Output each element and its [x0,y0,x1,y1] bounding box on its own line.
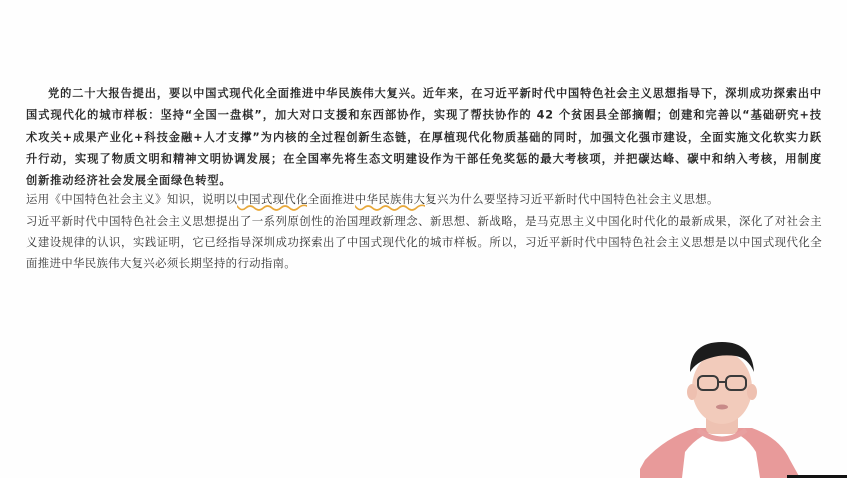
presenter-figure [640,320,847,478]
question-middle: 全面推进 [308,194,355,206]
material-paragraph: 党的二十大报告提出，要以中国式现代化全面推进中华民族伟大复兴。近年来，在习近平新… [26,83,822,192]
question-line: 运用《中国特色社会主义》知识，说明以中国式现代化全面推进中华民族伟大复兴为什么要… [26,190,822,211]
highlight-text-2: 中华民族伟大复兴 [355,194,449,206]
presenter-webcam-overlay [640,320,847,478]
highlight-national-rejuvenation: 中华民族伟大复兴 [355,194,449,206]
answer-paragraph: 习近平新时代中国特色社会主义思想提出了一系列原创性的治国理政新理念、新思想、新战… [26,212,822,276]
document-page: 党的二十大报告提出，要以中国式现代化全面推进中华民族伟大复兴。近年来，在习近平新… [26,84,822,276]
highlight-text-1: 中国式现代化 [237,194,307,206]
question-suffix: 为什么要坚持习近平新时代中国特色社会主义思想。 [449,194,719,206]
highlight-chinese-modernization: 中国式现代化 [237,194,307,206]
question-prefix: 运用《中国特色社会主义》知识，说明以 [26,194,237,206]
